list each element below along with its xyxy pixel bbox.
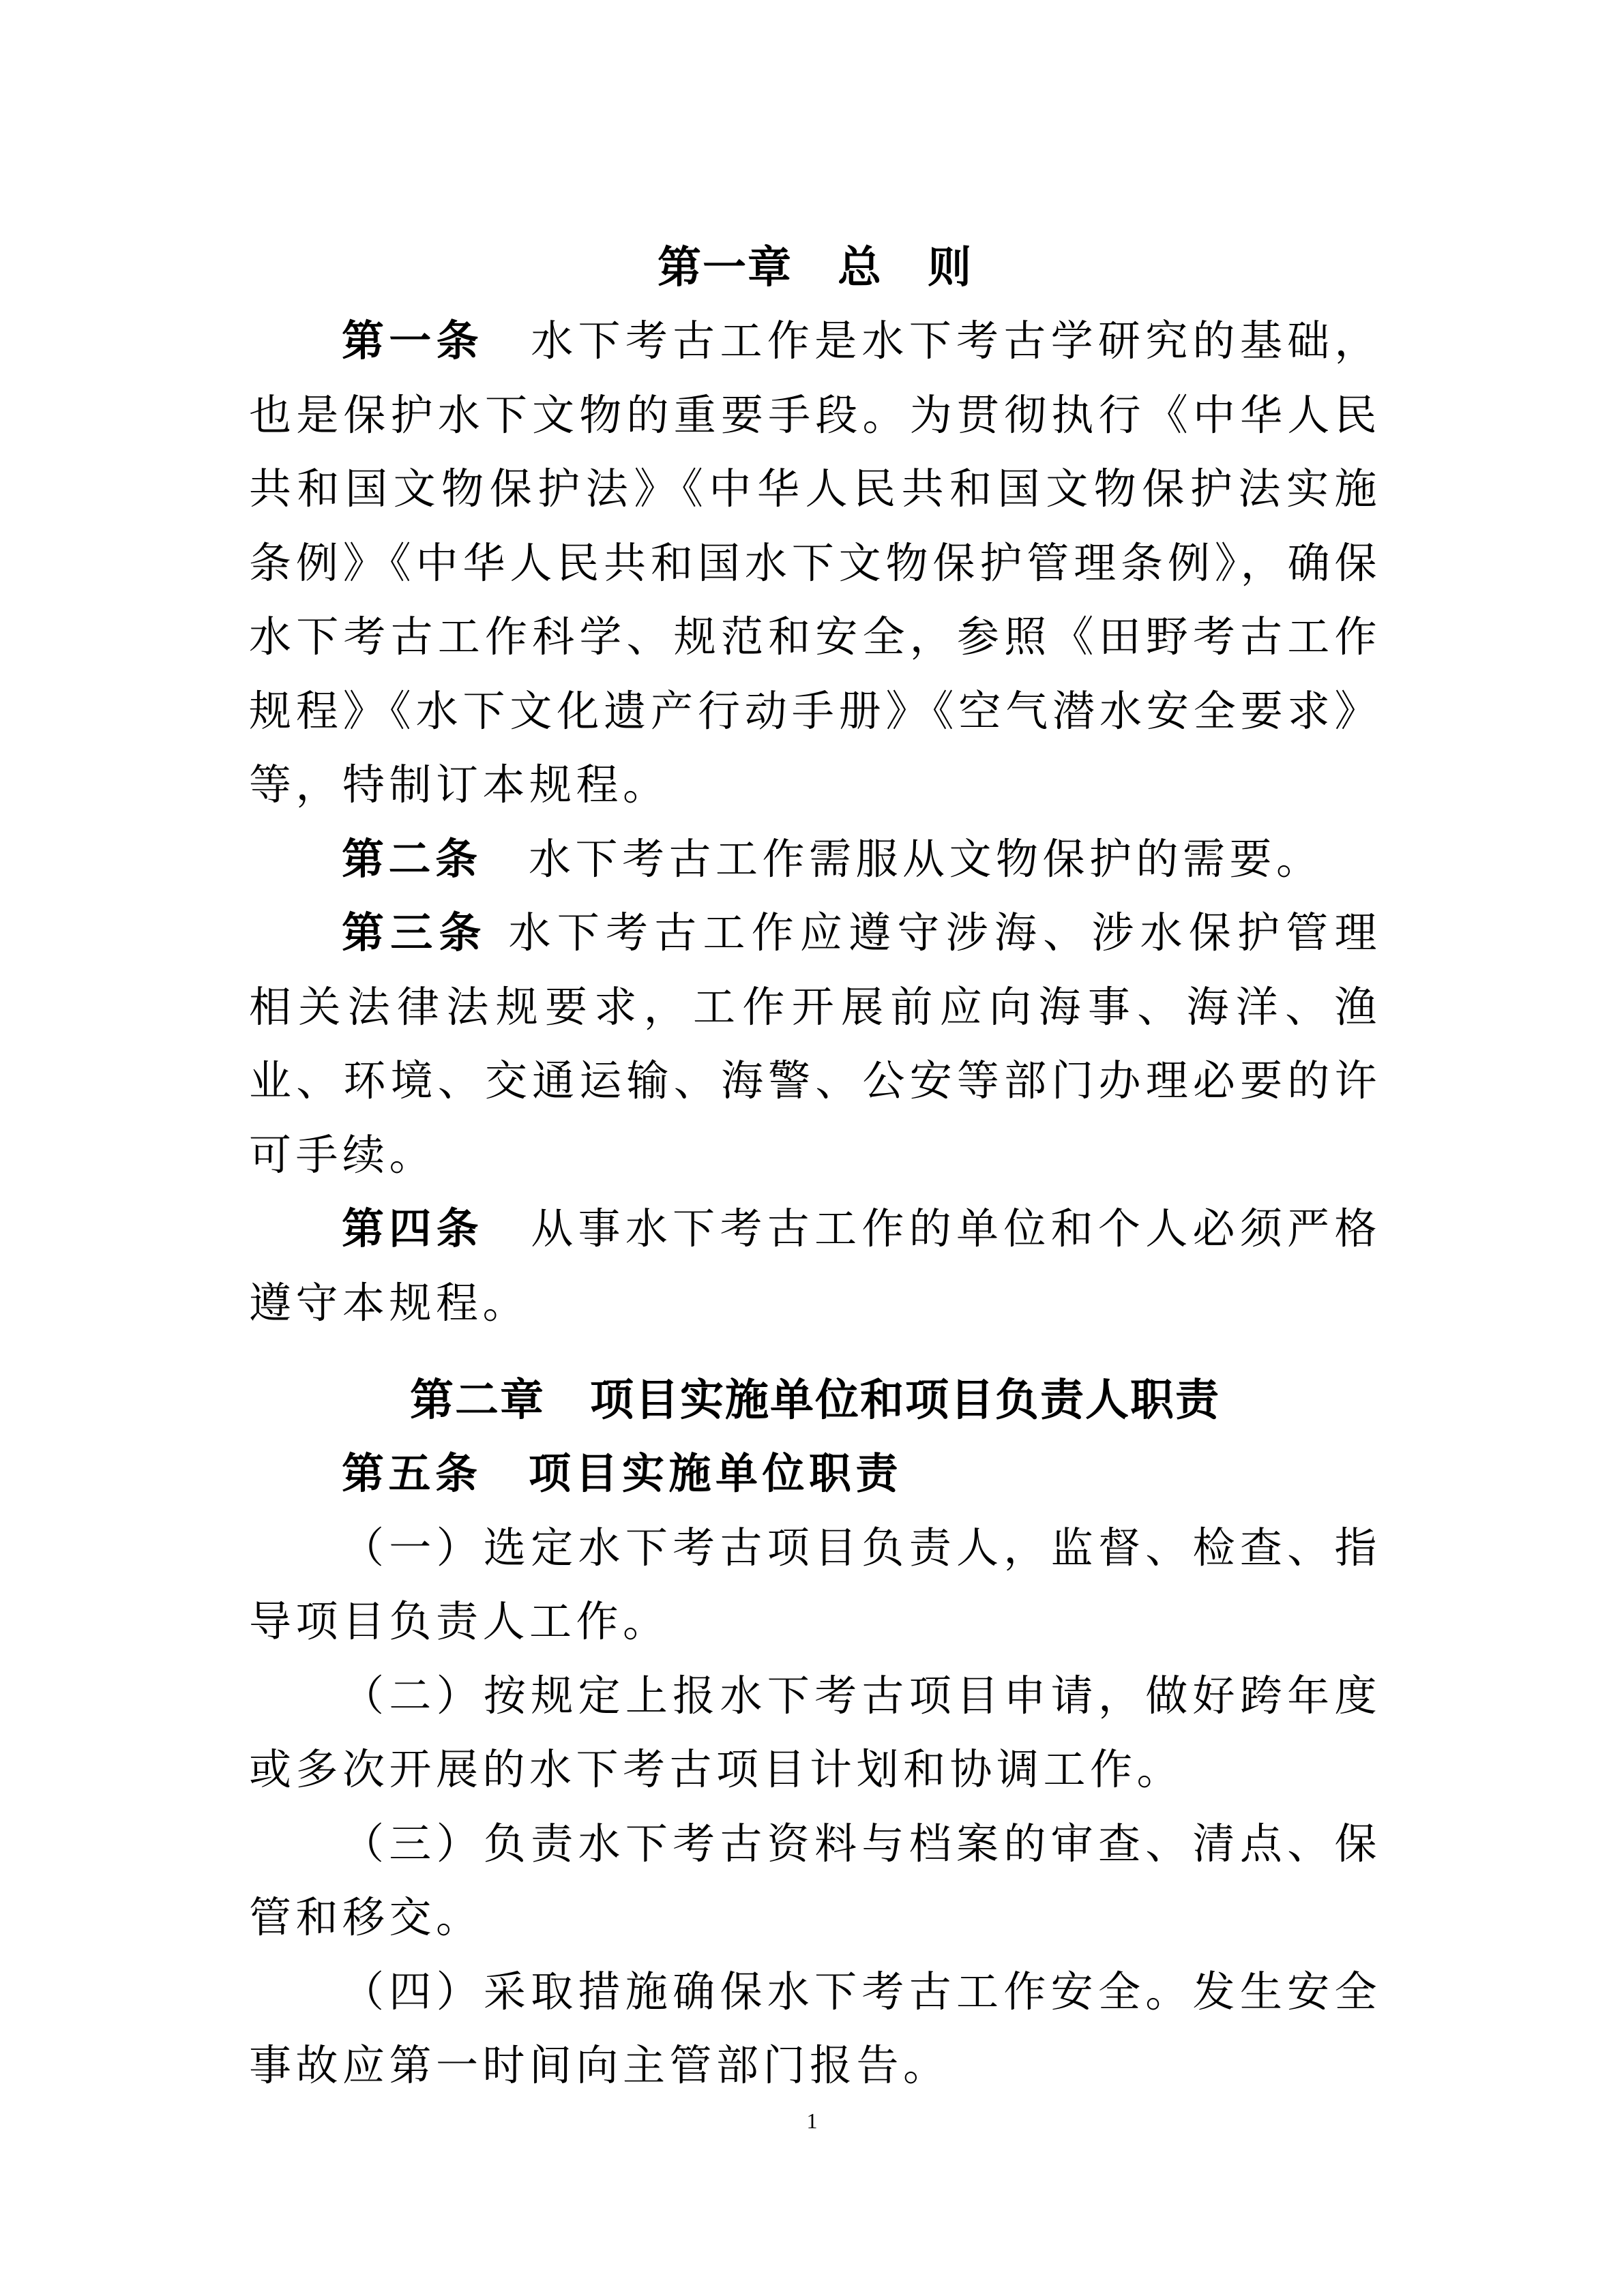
article-5-item-1: （一）选定水下考古项目负责人，监督、检查、指导项目负责人工作。 <box>249 1511 1381 1659</box>
article-2: 第二条 水下考古工作需服从文物保护的需要。 <box>249 822 1381 897</box>
article-3-label: 第三条 <box>342 908 509 957</box>
document-body: 第一章 总 则 第一条 水下考古工作是水下考古学研究的基础，也是保护水下文物的重… <box>249 232 1381 2103</box>
article-5-label: 第五条 <box>342 1448 529 1498</box>
article-4: 第四条 从事水下考古工作的单位和个人必须严格遵守本规程。 <box>249 1192 1381 1340</box>
article-2-text: 水下考古工作需服从文物保护的需要。 <box>529 834 1323 884</box>
article-1: 第一条 水下考古工作是水下考古学研究的基础，也是保护水下文物的重要手段。为贯彻执… <box>249 304 1381 822</box>
article-1-text: 水下考古工作是水下考古学研究的基础，也是保护水下文物的重要手段。为贯彻执行《中华… <box>249 316 1381 809</box>
article-5-title: 项目实施单位职责 <box>529 1448 902 1498</box>
article-4-label: 第四条 <box>342 1204 531 1253</box>
article-5-item-4: （四）采取措施确保水下考古工作安全。发生安全事故应第一时间向主管部门报告。 <box>249 1955 1381 2103</box>
article-2-label: 第二条 <box>342 834 529 884</box>
article-5-item-3: （三）负责水下考古资料与档案的审查、清点、保管和移交。 <box>249 1807 1381 1955</box>
chapter-1-title: 第一章 总 则 <box>249 232 1381 304</box>
article-5-item-2: （二）按规定上报水下考古项目申请，做好跨年度或多次开展的水下考古项目计划和协调工… <box>249 1659 1381 1807</box>
chapter-2-title: 第二章 项目实施单位和项目负责人职责 <box>249 1365 1381 1437</box>
article-1-label: 第一条 <box>342 316 531 366</box>
article-5-heading: 第五条 项目实施单位职责 <box>249 1437 1381 1511</box>
article-3: 第三条 水下考古工作应遵守涉海、涉水保护管理相关法律法规要求，工作开展前应向海事… <box>249 896 1381 1192</box>
chapter-gap <box>249 1340 1381 1365</box>
document-page: 第一章 总 则 第一条 水下考古工作是水下考古学研究的基础，也是保护水下文物的重… <box>0 0 1624 2296</box>
page-number: 1 <box>0 2108 1624 2134</box>
